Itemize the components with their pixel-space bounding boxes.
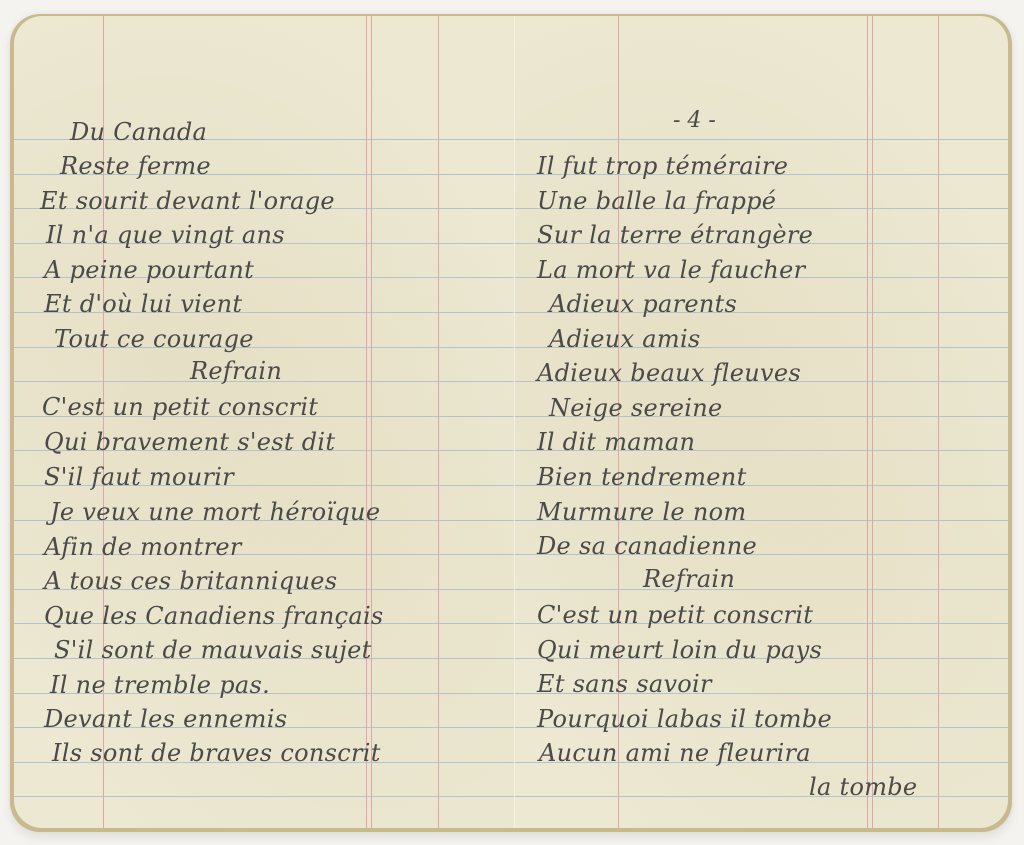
lyric-line: Pourquoi labas il tombe [537, 705, 832, 733]
lyric-line: De sa canadienne [537, 532, 757, 560]
lyric-line: A peine pourtant [44, 256, 254, 284]
ruled-line [14, 796, 515, 797]
page-number: - 4 - [673, 108, 716, 133]
ruled-line [515, 139, 1008, 140]
lyric-line: Sur la terre étrangère [537, 221, 813, 249]
lyric-line: Neige sereine [549, 394, 723, 422]
lyric-line: Murmure le nom [537, 498, 746, 526]
lyric-line: Adieux parents [549, 290, 737, 318]
lyric-line: Devant les ennemis [44, 705, 287, 733]
lyric-line: Adieux beaux fleuves [537, 359, 801, 387]
lyric-line: Je veux une mort héroïque [50, 498, 380, 526]
lyric-line: La mort va le faucher [537, 256, 805, 284]
right-column-line-b [872, 16, 873, 828]
lyric-line: Et d'où lui vient [44, 290, 242, 318]
ruled-line [515, 589, 1008, 590]
lyric-line: Bien tendrement [537, 463, 747, 491]
right-column-line-a [867, 16, 868, 828]
lyric-line: Afin de montrer [44, 533, 242, 561]
lyric-line: C'est un petit conscrit [537, 601, 813, 629]
lyric-line: Ils sont de braves conscrit [52, 739, 381, 767]
left-column-line-c [438, 16, 439, 828]
lyric-line: S'il sont de mauvais sujet [54, 636, 372, 664]
lyric-line: C'est un petit conscrit [42, 393, 318, 421]
right-column-line-c [938, 16, 939, 828]
ruled-line [515, 796, 1008, 797]
lyric-line: Il n'a que vingt ans [46, 221, 285, 249]
lyric-line: Il ne tremble pas. [50, 671, 270, 699]
lyric-line: Du Canada [70, 118, 207, 146]
lyric-line: Adieux amis [549, 325, 701, 353]
lyric-line: Que les Canadiens français [44, 602, 384, 630]
lyric-line: Une balle la frappé [537, 187, 776, 215]
refrain-heading: Refrain [190, 357, 282, 385]
lyric-line: Il fut trop téméraire [537, 152, 788, 180]
lyric-line: la tombe [809, 773, 917, 801]
lyric-line: A tous ces britanniques [44, 567, 337, 595]
lyric-line: Qui bravement s'est dit [44, 428, 335, 456]
lyric-line: Reste ferme [60, 152, 211, 180]
lyric-line: Qui meurt loin du pays [537, 636, 822, 664]
left-column-line-b [371, 16, 372, 828]
lyric-line: Et sourit devant l'orage [40, 187, 335, 215]
open-notebook: Du Canada Reste ferme Et sourit devant l… [10, 14, 1012, 832]
left-page: Du Canada Reste ferme Et sourit devant l… [14, 16, 515, 828]
refrain-heading: Refrain [643, 565, 735, 593]
lyric-line: Aucun ami ne fleurira [539, 739, 811, 767]
left-column-line-a [366, 16, 367, 828]
lyric-line: Et sans savoir [537, 670, 712, 698]
lyric-line: Il dit maman [537, 428, 695, 456]
lyric-line: Tout ce courage [54, 325, 254, 353]
lyric-line: S'il faut mourir [44, 463, 234, 491]
right-page: - 4 - Il fut trop téméraire Une balle la… [515, 16, 1008, 828]
